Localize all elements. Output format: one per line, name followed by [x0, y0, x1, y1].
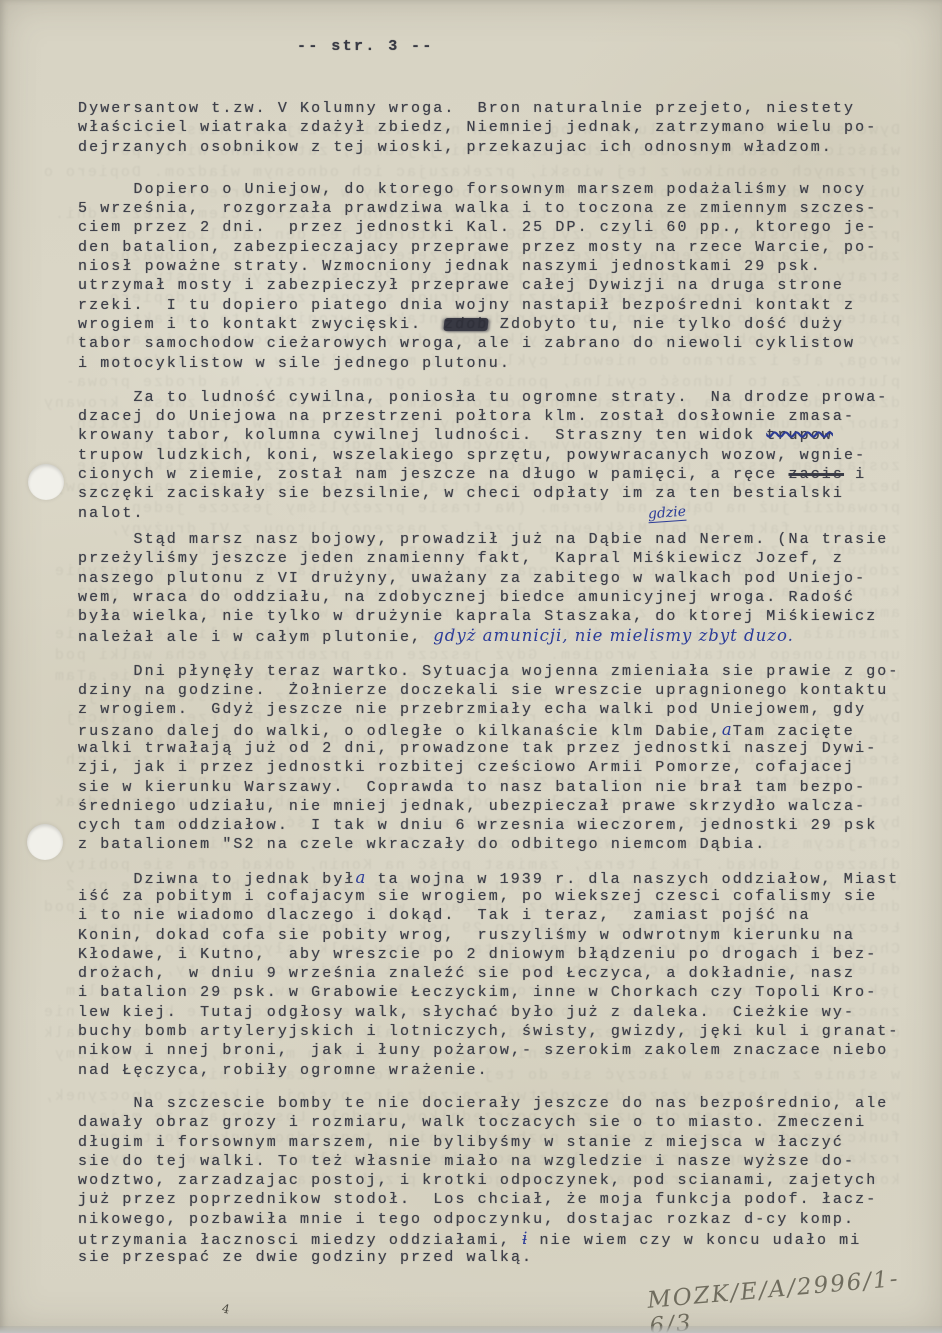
typed-line: lew kiej. Tutaj odgłosy walk, słychać by…: [78, 1003, 918, 1022]
typed-line: Konin, dokad cofa sie pobity wrog, ruszy…: [78, 926, 918, 945]
typed-text-segment: Dni płynęły teraz wartko. Sytuacja wojen…: [78, 663, 900, 680]
typed-text-segment: sie przespać ze dwie godziny przed walką…: [78, 1249, 533, 1266]
typed-line: niosł poważne straty. Wzmocniony jednak …: [78, 257, 918, 276]
typed-line: zji, jak i przez jednostki rozbitej cześ…: [78, 758, 918, 777]
typed-line: i batalion 29 psk. w Grabowie Łeczyckim,…: [78, 983, 918, 1002]
typed-line: utrzymał mosty i zabezpieczył przeprawe …: [78, 276, 918, 295]
scan-bottom-edge: [0, 1326, 942, 1333]
handwritten-insertion-gdzie: gdzie: [647, 504, 686, 524]
typed-text-segment: krowany tabor, kolumna cywilnej ludności…: [78, 427, 766, 444]
typed-text-segment: zji, jak i przez jednostki rozbitej cześ…: [78, 759, 855, 776]
paragraph: Na szczescie bomby te nie docierały jesz…: [78, 1094, 918, 1268]
paragraph: Dziwna to jednak była ta wojna w 1939 r.…: [78, 868, 918, 1080]
typed-line: z batalionem "S2 na czele wkraczały do o…: [78, 835, 918, 854]
pencil-corner-mark: 4: [221, 1301, 231, 1316]
typed-line: Kłodawe, i Kutno, aby wreszcie po 2 dnio…: [78, 945, 918, 964]
typed-text-segment: tabor samochodow cieżarowych wroga, ale …: [78, 335, 855, 352]
typed-line: sie w kierunku Warszawy. Coprawda to nas…: [78, 778, 918, 797]
typed-line: nalot.: [78, 504, 918, 523]
typed-text-segment: drożach, w dniu 9 września znaleźć sie p…: [78, 965, 855, 982]
typed-text-segment: ciem przez 2 dni. przez jednostki Kal. 2…: [78, 219, 877, 236]
typed-text-segment: i batalion 29 psk. w Grabowie Łeczyckim,…: [78, 984, 877, 1001]
typed-line: wrogiem i to kontakt zwycięski. zdob Zdo…: [78, 315, 918, 334]
paragraph: Dopiero o Uniejow, do ktorego forsownym …: [78, 180, 918, 373]
typed-text-segment: właściciel wiatraka zdażył zbiedz, Niemn…: [78, 119, 877, 136]
typed-line: utrzymania łacznosci miedzy oddziałami, …: [78, 1229, 918, 1248]
typed-text-segment: naszego plutonu z VI drużyny, uważany za…: [78, 570, 866, 587]
typed-line: sie przespać ze dwie godziny przed walką…: [78, 1248, 918, 1267]
typed-text-segment: nie wiem czy w koncu udało mi: [528, 1232, 861, 1249]
typed-line: szczęki zaciskały sie bezsilnie, w checi…: [78, 484, 918, 503]
typed-line: długim i forsownym marszem, nie bylibyśm…: [78, 1133, 918, 1152]
typed-line: nad Łęczyca, robiły ogromne wrażenie.: [78, 1061, 918, 1080]
hole-punch-bottom: [27, 824, 63, 860]
typed-text-segment: i to nie wiadomo dlaczego i dokąd. Tak i…: [78, 907, 811, 924]
typed-line: 5 września, rozgorzała prawdziwa walka i…: [78, 199, 918, 218]
ink-obliteration: zdob: [444, 318, 490, 331]
typed-text-segment: rzeki. I tu dopiero piatego dnia wojny n…: [78, 297, 855, 314]
typed-line: tabor samochodow cieżarowych wroga, ale …: [78, 334, 918, 353]
typed-line: już przez poprzednikow stodoł. Los chcia…: [78, 1190, 918, 1209]
typed-line: i to nie wiadomo dlaczego i dokąd. Tak i…: [78, 906, 918, 925]
typed-text-segment: z wrogiem. Gdyż jeszcze nie przebrzmiały…: [78, 701, 866, 718]
typed-text-segment: lew kiej. Tutaj odgłosy walk, słychać by…: [78, 1004, 855, 1021]
typed-text-segment: przeżyliśmy jeszcze jeden znamienny fakt…: [78, 550, 844, 567]
struck-through-word: zacis: [789, 466, 845, 483]
typed-text-segment: dawały obraz grozy i rozmiaru, walk tocz…: [78, 1114, 866, 1131]
typed-line: Dopiero o Uniejow, do ktorego forsownym …: [78, 180, 918, 199]
typed-line: i motocyklistow w sile jednego plutonu.: [78, 354, 918, 373]
typed-text-segment: Za to ludność cywilna, poniosła tu ogrom…: [78, 389, 888, 406]
typed-text-segment: niosł poważne straty. Wzmocniony jednak …: [78, 258, 822, 275]
paragraph: Dni płynęły teraz wartko. Sytuacja wojen…: [78, 662, 918, 855]
typed-text-segment: Dopiero o Uniejow, do ktorego forsownym …: [78, 181, 866, 198]
typed-text-segment: cych tam oddziałow. I tak w dniu 6 wrzes…: [78, 817, 877, 834]
typed-line: właściciel wiatraka zdażył zbiedz, Niemn…: [78, 118, 918, 137]
typed-text-segment: nikow i nnej broni, jak i łuny pożarow,-…: [78, 1042, 888, 1059]
typed-text-segment: Konin, dokad cofa sie pobity wrog, ruszy…: [78, 927, 855, 944]
archive-reference-number: MOZK/E/A/2996/1-6/3: [646, 1262, 942, 1333]
typed-text-segment: ruszano dalej do walki, o odległe o kilk…: [78, 723, 722, 740]
typed-text-segment: dziny na godzine. Żołnierze doczekali si…: [78, 682, 888, 699]
typed-line: Dziwna to jednak była ta wojna w 1939 r.…: [78, 868, 918, 887]
typed-text-body: Dywersantow t.zw. V Kolumny wroga. Bron …: [78, 99, 918, 1268]
typed-text-segment: cionych w ziemie, został nam jeszcze na …: [78, 466, 789, 483]
typed-text-segment: dzacej do Uniejowa na przestrzeni połtor…: [78, 408, 855, 425]
typed-line: wem, wraca do oddziału, na zdobycznej bi…: [78, 588, 918, 607]
typed-line: cionych w ziemie, został nam jeszcze na …: [78, 465, 918, 484]
typed-text-segment: i: [844, 466, 866, 483]
typed-text-segment: sie do tej walki. To też własnie miało n…: [78, 1153, 855, 1170]
typed-line: przeżyliśmy jeszcze jeden znamienny fakt…: [78, 549, 918, 568]
typed-line: dziny na godzine. Żołnierze doczekali si…: [78, 681, 918, 700]
typed-line: dawały obraz grozy i rozmiaru, walk tocz…: [78, 1113, 918, 1132]
typed-line: walki trwałają już od 2 dni, prowadzone …: [78, 739, 918, 758]
typed-text-segment: należał ale i w całym plutonie,: [78, 629, 433, 646]
struck-through-word: trupow: [766, 427, 833, 444]
typed-line: nikowego, pozbawiła mnie i tego odpoczyn…: [78, 1210, 918, 1229]
typed-line: sie do tej walki. To też własnie miało n…: [78, 1152, 918, 1171]
typed-line: średniego udziału, nie mniej jednak, ube…: [78, 797, 918, 816]
typed-text-segment: Na szczescie bomby te nie docierały jesz…: [78, 1095, 888, 1112]
typed-line: Za to ludność cywilna, poniosła tu ogrom…: [78, 388, 918, 407]
typed-line: z wrogiem. Gdyż jeszcze nie przebrzmiały…: [78, 700, 918, 719]
typed-line: rzeki. I tu dopiero piatego dnia wojny n…: [78, 296, 918, 315]
typed-text-segment: średniego udziału, nie mniej jednak, ube…: [78, 798, 866, 815]
page-number-header: -- str. 3 --: [297, 38, 434, 55]
typed-text-segment: utrzymania łacznosci miedzy oddziałami,: [78, 1232, 522, 1249]
typed-text-segment: sie w kierunku Warszawy. Coprawda to nas…: [78, 779, 866, 796]
typed-line: trupow ludzkich, koni, wszelakiego sprzę…: [78, 446, 918, 465]
handwritten-ink-annotation: a: [356, 868, 367, 887]
document-page: Dywersantow t.zw. V Kolumny wroga. Bron …: [0, 0, 942, 1333]
typed-text-segment: z batalionem "S2 na czele wkraczały do o…: [78, 836, 766, 853]
typed-line: buchy bomb artyleryjskich i lotniczych, …: [78, 1022, 918, 1041]
paragraph: Za to ludność cywilna, poniosła tu ogrom…: [78, 388, 918, 523]
typed-text-segment: już przez poprzednikow stodoł. Los chcia…: [78, 1191, 877, 1208]
handwritten-ink-annotation: gdyż amunicji, nie mielismy zbyt duzo.: [433, 626, 794, 645]
typed-line: wodztwo, zarzadzajac postoj, i krotki od…: [78, 1171, 918, 1190]
handwritten-ink-annotation: a: [722, 720, 733, 739]
typed-text-segment: buchy bomb artyleryjskich i lotniczych, …: [78, 1023, 900, 1040]
typed-line: dzacej do Uniejowa na przestrzeni połtor…: [78, 407, 918, 426]
typed-line: naszego plutonu z VI drużyny, uważany za…: [78, 569, 918, 588]
typed-line: krowany tabor, kolumna cywilnej ludności…: [78, 426, 918, 445]
typed-text-segment: nad Łęczyca, robiły ogromne wrażenie.: [78, 1062, 489, 1079]
typed-text-segment: dejrzanych osobnikow z tej wioski, przek…: [78, 139, 833, 156]
typed-line: den batalion, zabezpieczajacy przeprawe …: [78, 238, 918, 257]
typed-text-segment: nikowego, pozbawiła mnie i tego odpoczyn…: [78, 1211, 855, 1228]
typed-text-segment: była wielka, nie tylko w drużynie kapral…: [78, 608, 877, 625]
typed-text-segment: Tam zacięte: [733, 723, 855, 740]
typed-line: iść za pobitym i cofajacym sie wrogiem, …: [78, 887, 918, 906]
typed-text-segment: Stąd marsz nasz bojowy, prowadził już na…: [78, 531, 888, 548]
typed-line: Stąd marsz nasz bojowy, prowadził już na…: [78, 530, 918, 549]
typed-line: należał ale i w całym plutonie, gdyż amu…: [78, 626, 918, 645]
hole-punch-top: [28, 464, 64, 500]
typed-line: Dni płynęły teraz wartko. Sytuacja wojen…: [78, 662, 918, 681]
typed-text-segment: Zdobyto tu, nie tylko dość duży: [489, 316, 844, 333]
typed-line: była wielka, nie tylko w drużynie kapral…: [78, 607, 918, 626]
typed-line: Dywersantow t.zw. V Kolumny wroga. Bron …: [78, 99, 918, 118]
typed-text-segment: den batalion, zabezpieczajacy przeprawe …: [78, 239, 877, 256]
typed-text-segment: i motocyklistow w sile jednego plutonu.: [78, 355, 511, 372]
typed-text-segment: ta wojna w 1939 r. dla naszych oddziałow…: [366, 871, 899, 888]
typed-text-segment: nalot.: [78, 505, 145, 522]
typed-text-segment: Dywersantow t.zw. V Kolumny wroga. Bron …: [78, 100, 855, 117]
typed-line: cych tam oddziałow. I tak w dniu 6 wrzes…: [78, 816, 918, 835]
typed-line: drożach, w dniu 9 września znaleźć sie p…: [78, 964, 918, 983]
paragraph: Dywersantow t.zw. V Kolumny wroga. Bron …: [78, 99, 918, 157]
typed-text-segment: iść za pobitym i cofajacym sie wrogiem, …: [78, 888, 877, 905]
typed-text-segment: walki trwałają już od 2 dni, prowadzone …: [78, 740, 877, 757]
typed-line: ciem przez 2 dni. przez jednostki Kal. 2…: [78, 218, 918, 237]
typed-text-segment: długim i forsownym marszem, nie bylibyśm…: [78, 1134, 844, 1151]
typed-text-segment: wem, wraca do oddziału, na zdobycznej bi…: [78, 589, 855, 606]
typed-line: dejrzanych osobnikow z tej wioski, przek…: [78, 138, 918, 157]
typed-text-segment: utrzymał mosty i zabezpieczył przeprawe …: [78, 277, 844, 294]
paragraph: Stąd marsz nasz bojowy, prowadził już na…: [78, 530, 918, 646]
typed-text-segment: wrogiem i to kontakt zwycięski.: [78, 316, 444, 333]
typed-text-segment: 5 września, rozgorzała prawdziwa walka i…: [78, 200, 877, 217]
typed-line: nikow i nnej broni, jak i łuny pożarow,-…: [78, 1041, 918, 1060]
typed-line: ruszano dalej do walki, o odległe o kilk…: [78, 720, 918, 739]
typed-text-segment: Dziwna to jednak był: [78, 871, 356, 888]
typed-text-segment: Kłodawe, i Kutno, aby wreszcie po 2 dnio…: [78, 946, 877, 963]
typed-line: Na szczescie bomby te nie docierały jesz…: [78, 1094, 918, 1113]
typed-text-segment: szczęki zaciskały sie bezsilnie, w checi…: [78, 485, 844, 502]
typed-text-segment: trupow ludzkich, koni, wszelakiego sprzę…: [78, 447, 866, 464]
typed-text-segment: wodztwo, zarzadzajac postoj, i krotki od…: [78, 1172, 877, 1189]
